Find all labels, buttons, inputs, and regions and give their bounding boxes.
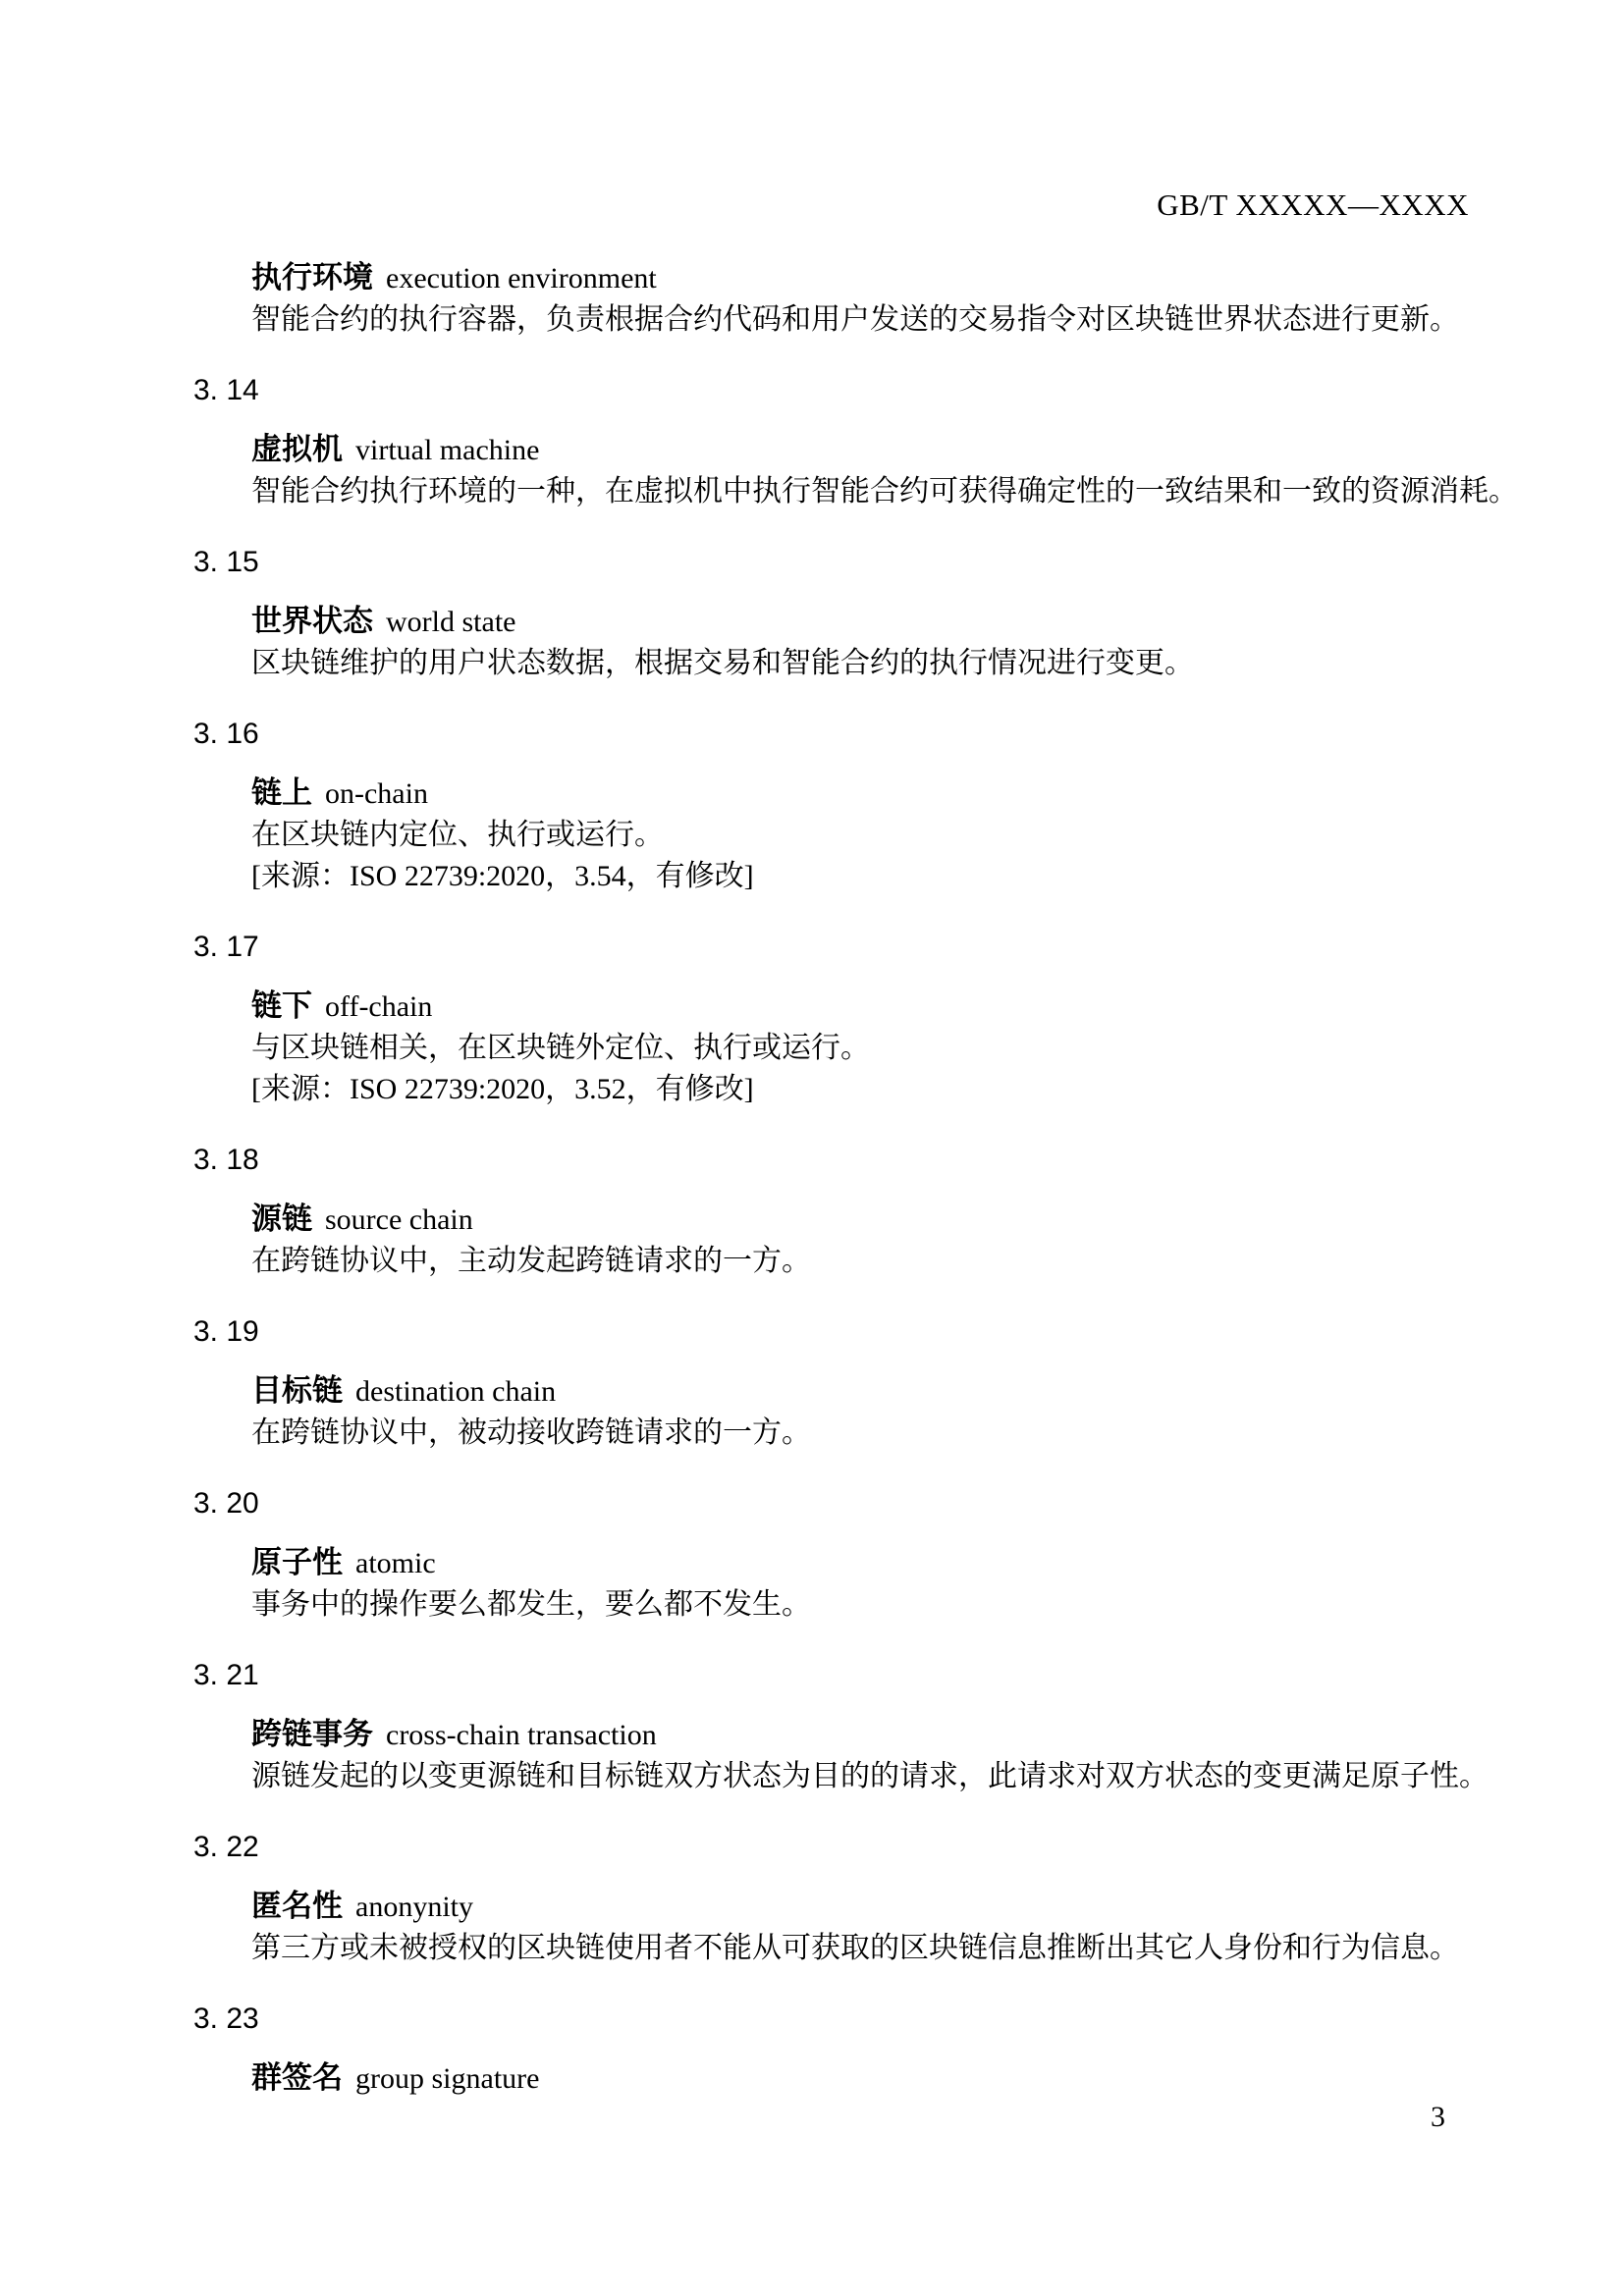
clause-number: 3. 16	[193, 714, 1515, 755]
clause-number: 3. 23	[193, 1999, 1515, 2040]
term-line: 匿名性anonynity	[193, 1886, 1515, 1928]
term-en: virtual machine	[355, 434, 539, 466]
term-entry: 3. 23 群签名group signature	[193, 1999, 1515, 2100]
term-line: 虚拟机virtual machine	[193, 429, 1515, 471]
term-line: 原子性atomic	[193, 1542, 1515, 1584]
term-definition: 事务中的操作要么都发生，要么都不发生。	[193, 1584, 1515, 1626]
term-definition: 智能合约执行环境的一种，在虚拟机中执行智能合约可获得确定性的一致结果和一致的资源…	[193, 471, 1515, 512]
source-note: [来源：ISO 22739:2020，3.52，有修改]	[193, 1069, 1515, 1110]
term-zh: 源链	[251, 1201, 312, 1236]
page-number: 3	[1431, 2101, 1445, 2134]
term-en: anonynity	[355, 1891, 473, 1923]
term-definition: 在跨链协议中，被动接收跨链请求的一方。	[193, 1413, 1515, 1454]
clause-number: 3. 21	[193, 1655, 1515, 1696]
term-zh: 虚拟机	[251, 432, 343, 466]
term-definition: 第三方或未被授权的区块链使用者不能从可获取的区块链信息推断出其它人身份和行为信息…	[193, 1928, 1515, 1969]
term-entry: 3. 14 虚拟机virtual machine 智能合约执行环境的一种，在虚拟…	[193, 370, 1515, 512]
term-line: 执行环境execution environment	[193, 257, 1515, 299]
clause-number: 3. 18	[193, 1140, 1515, 1181]
term-zh: 链上	[251, 775, 312, 810]
term-en: execution environment	[386, 262, 657, 294]
term-entry: 3. 19 目标链destination chain 在跨链协议中，被动接收跨链…	[193, 1311, 1515, 1454]
term-definition: 在跨链协议中，主动发起跨链请求的一方。	[193, 1241, 1515, 1282]
term-zh: 链下	[251, 988, 312, 1023]
term-en: world state	[386, 606, 515, 638]
term-en: destination chain	[355, 1375, 556, 1408]
entries: 3. 14 虚拟机virtual machine 智能合约执行环境的一种，在虚拟…	[193, 370, 1515, 2100]
source-note: [来源：ISO 22739:2020，3.54，有修改]	[193, 856, 1515, 897]
clause-number: 3. 14	[193, 370, 1515, 411]
term-entry: 3. 15 世界状态world state 区块链维护的用户状态数据，根据交易和…	[193, 542, 1515, 684]
clause-number: 3. 20	[193, 1483, 1515, 1524]
term-line: 源链source chain	[193, 1199, 1515, 1241]
term-entry: 3. 18 源链source chain 在跨链协议中，主动发起跨链请求的一方。	[193, 1140, 1515, 1282]
term-entry: 3. 17 链下off-chain 与区块链相关，在区块链外定位、执行或运行。 …	[193, 927, 1515, 1110]
term-definition: 在区块链内定位、执行或运行。	[193, 815, 1515, 856]
term-line: 链上on-chain	[193, 773, 1515, 815]
term-en: group signature	[355, 2062, 539, 2095]
term-zh: 原子性	[251, 1545, 343, 1579]
term-zh: 世界状态	[251, 604, 373, 638]
term-entry: 3. 20 原子性atomic 事务中的操作要么都发生，要么都不发生。	[193, 1483, 1515, 1626]
term-entry: 3. 16 链上on-chain 在区块链内定位、执行或运行。 [来源：ISO …	[193, 714, 1515, 897]
clause-number: 3. 22	[193, 1827, 1515, 1868]
clause-number: 3. 19	[193, 1311, 1515, 1353]
standard-code-header: GB/T XXXXX—XXXX	[1157, 188, 1469, 222]
term-en: source chain	[325, 1203, 473, 1236]
term-entry: 3. 21 跨链事务cross-chain transaction 源链发起的以…	[193, 1655, 1515, 1797]
term-entry-continued: 执行环境execution environment 智能合约的执行容器，负责根据…	[193, 257, 1515, 341]
term-definition: 与区块链相关，在区块链外定位、执行或运行。	[193, 1028, 1515, 1069]
term-definition: 源链发起的以变更源链和目标链双方状态为目的的请求，此请求对双方状态的变更满足原子…	[193, 1756, 1515, 1797]
term-line: 目标链destination chain	[193, 1370, 1515, 1413]
clause-number: 3. 15	[193, 542, 1515, 583]
term-zh: 群签名	[251, 2060, 343, 2095]
term-zh: 目标链	[251, 1373, 343, 1408]
terms-content: 执行环境execution environment 智能合约的执行容器，负责根据…	[193, 257, 1515, 2100]
term-line: 群签名group signature	[193, 2057, 1515, 2100]
clause-number: 3. 17	[193, 927, 1515, 968]
term-definition: 区块链维护的用户状态数据，根据交易和智能合约的执行情况进行变更。	[193, 643, 1515, 684]
term-en: cross-chain transaction	[386, 1719, 657, 1751]
document-page: GB/T XXXXX—XXXX 执行环境execution environmen…	[0, 0, 1624, 2296]
term-entry: 3. 22 匿名性anonynity 第三方或未被授权的区块链使用者不能从可获取…	[193, 1827, 1515, 1969]
term-en: on-chain	[325, 777, 428, 810]
term-zh: 匿名性	[251, 1889, 343, 1923]
term-definition: 智能合约的执行容器，负责根据合约代码和用户发送的交易指令对区块链世界状态进行更新…	[193, 299, 1515, 341]
term-en: off-chain	[325, 990, 432, 1023]
term-line: 链下off-chain	[193, 986, 1515, 1028]
term-en: atomic	[355, 1547, 436, 1579]
term-zh: 执行环境	[251, 260, 373, 294]
term-line: 世界状态world state	[193, 601, 1515, 643]
term-zh: 跨链事务	[251, 1717, 373, 1751]
term-line: 跨链事务cross-chain transaction	[193, 1714, 1515, 1756]
